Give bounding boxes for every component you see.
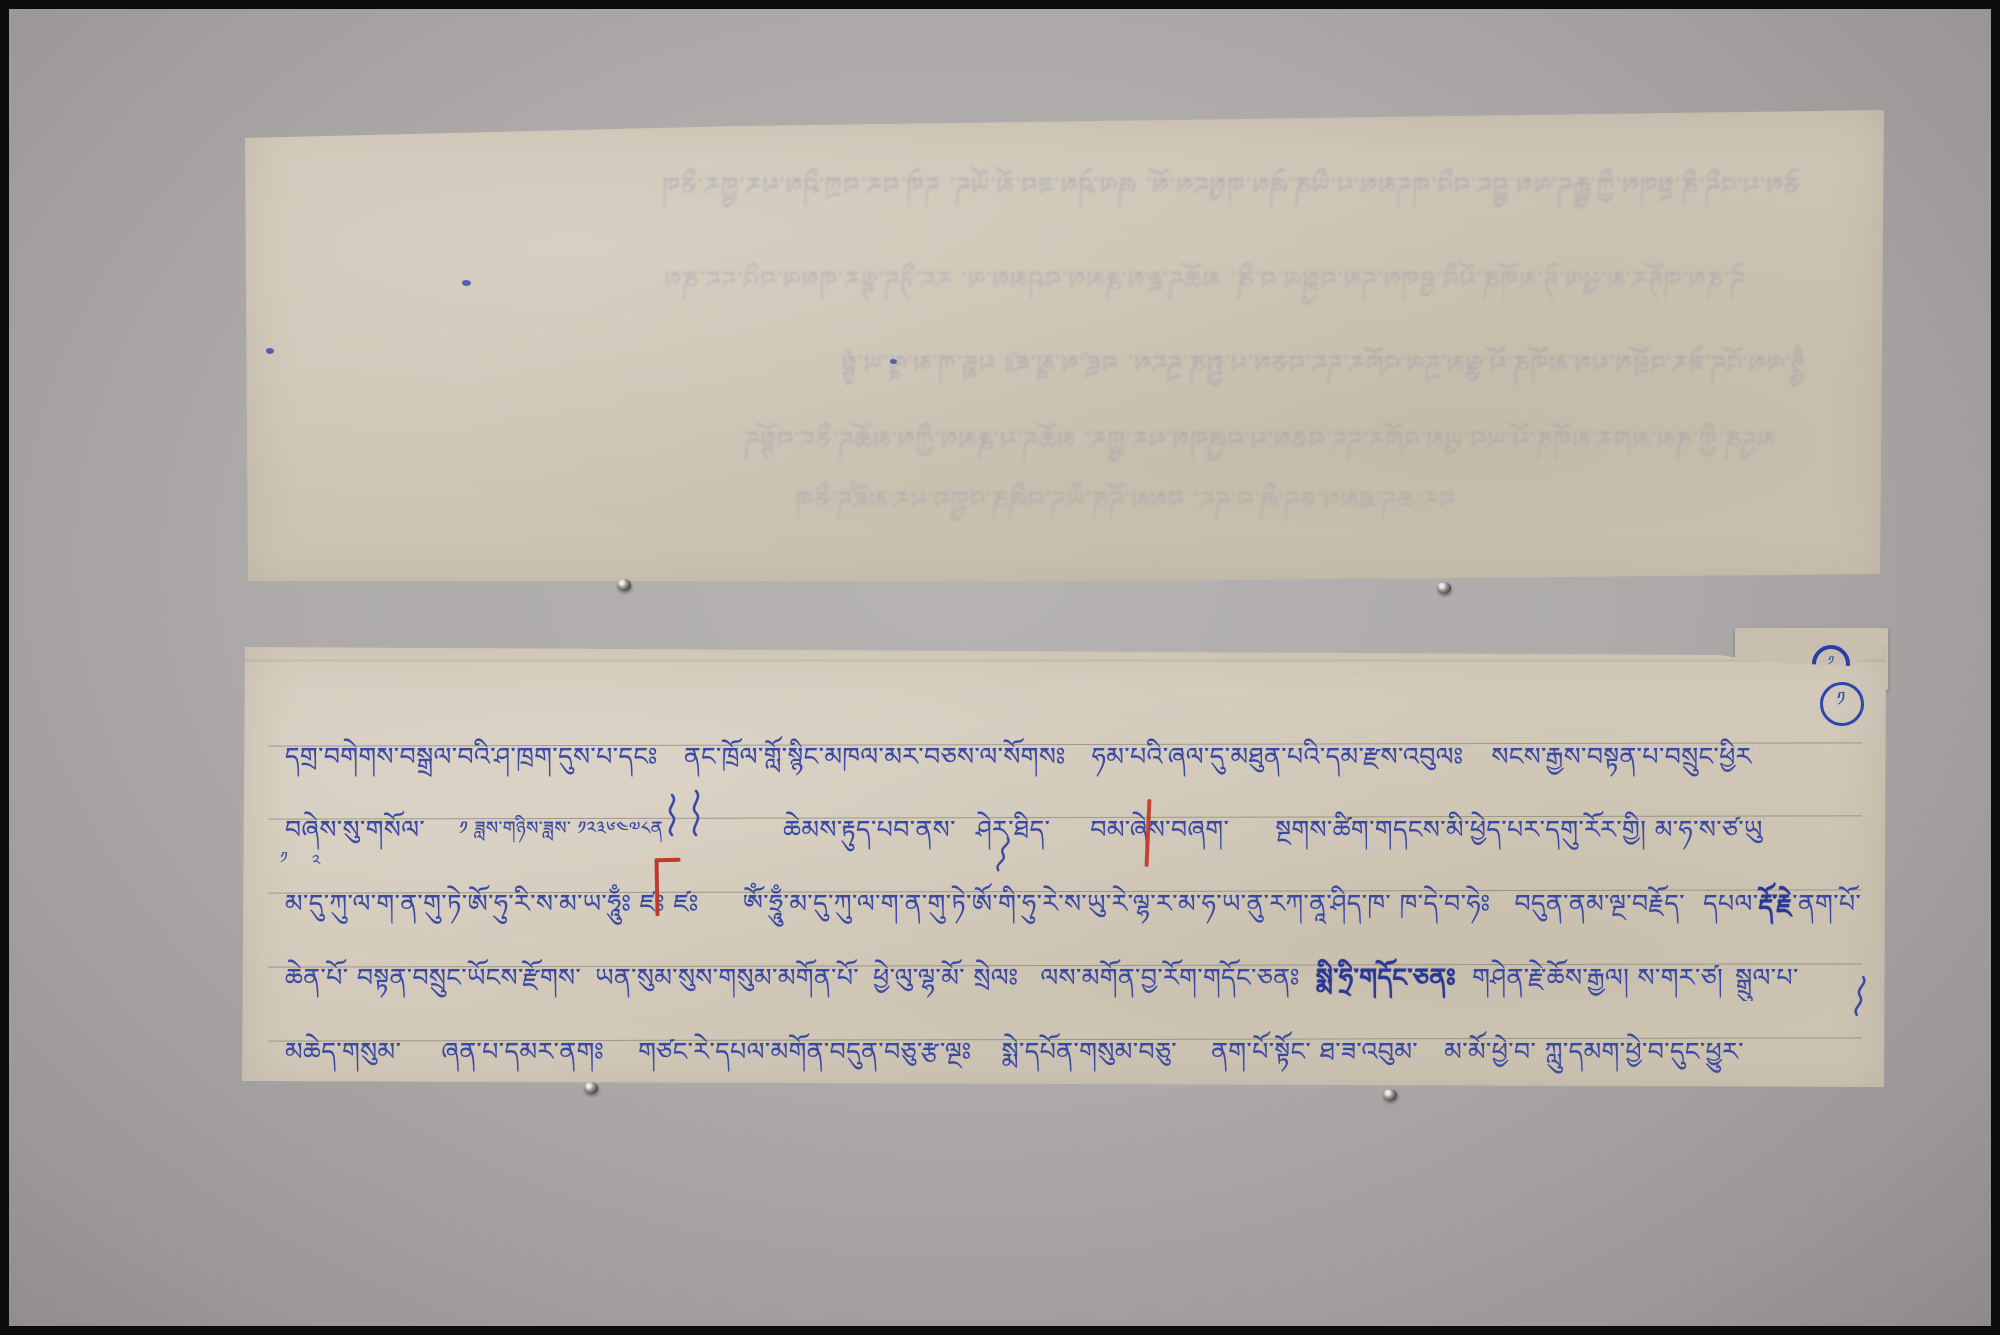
flourish-mark <box>664 793 680 837</box>
subline-numeral: ༢ <box>312 843 320 888</box>
bottom-folio: དགྲ་བགེགས་བསྒྲལ་བའི་ཤ་ཁྲག་དུས་པ་དངཿནང་ཁྲ… <box>240 635 1890 1095</box>
fold-shade <box>240 659 1890 662</box>
tibetan-text-line: བཞེས་སུ་གསོལ་༡ ཟླས་གཉིས་ཟླས་ ༡༢༣༦༤༧༨ནཆེམ… <box>285 801 1763 853</box>
red-bracket-stem <box>654 858 659 916</box>
page-number-circle: ༡ <box>1817 679 1867 729</box>
tibetan-text-segment: གཙང་རེ་དཔལ་མགོན་བདུན་བཅུ་རྩ་ལྔཿ <box>638 1023 971 1075</box>
tibetan-text-segment: གཤེན་རྗེ་ཆོས་རྒྱལ། ས་གར་ཙ། <box>1472 949 1723 1001</box>
faint-text-line: ཧཱུྃ་ལས་འོད་ཟེར་འཕྲོས་པས་མགོན་པོ་ལྕམ་དྲལ… <box>265 336 1805 407</box>
tibetan-text-segment: མ་མོ་ཕྱེ་བ་ ཀླུ་དམག་ཕྱེ་བ་དུང་ཕྱུར་ སྤྲུ… <box>1444 1023 1753 1075</box>
tibetan-text-segment: མཆེད་གསུམ་ <box>285 1023 401 1075</box>
page-number-text: ༡ <box>1834 677 1851 732</box>
tibetan-text-segment: ཆེན་པོ་ བསྟན་བསྲུང་ཡོངས་རྫོགས་ <box>285 949 581 1001</box>
tibetan-text-segment: སྒྲུལ་པ་ <box>1735 949 1799 1001</box>
pin <box>1437 582 1451 594</box>
tibetan-text-segment: རྡོ་རྗེ <box>1758 875 1792 927</box>
tibetan-text-segment: བམ་ཞེས་བཞག་ <box>1090 801 1229 853</box>
tibetan-text-segment: སྔགས་ཚིག་གདངས་མི་ཕྱེད་པར་དགུ་རོར་གྱི། མ་… <box>1275 801 1763 853</box>
tibetan-text-segment: བདུན་ནམ་ལྔ་བརྗོད་ <box>1515 875 1686 927</box>
tibetan-text-segment: ཞན་པ་དམར་ནགཿ <box>441 1023 604 1075</box>
ink-blob <box>462 280 471 286</box>
pin <box>584 1082 598 1094</box>
tibetan-text-segment: མ་དུ་ཀུ་ལ་ག་ན་གུ་ཏེ་ཨོ་ཧུ་རི་ས་མ་ཡ་ཧཱུྃཿ… <box>285 875 699 927</box>
photograph-stage: ཅེས་པ་འདི་ནི་སྔགས་ཀྱི་རྒྱུད་ལས་བྱུང་བའི་… <box>0 0 2000 1335</box>
red-bracket-arm <box>654 858 680 862</box>
tibetan-text-line: དགྲ་བགེགས་བསྒྲལ་བའི་ཤ་ཁྲག་དུས་པ་དངཿནང་ཁྲ… <box>285 728 1753 780</box>
tibetan-text-segment: སྨི་ཧྲི་གདོང་ཅནཿ <box>1316 949 1456 1001</box>
tibetan-text-segment: སྨེ་དཔོན་གསུམ་བཅུ་ <box>1002 1023 1178 1075</box>
tibetan-text-segment: ༡ ཟླས་གཉིས་ཟླས་ ༡༢༣༦༤༧༨ན <box>459 809 663 853</box>
faint-text-line: དེ་ནས་གཏོར་མ་ཕུལ་ཏེ་མགོན་པོའི་ཐུགས་དམ་བས… <box>295 252 1745 323</box>
tibetan-text-segment: ཧམ་པའི་ཞལ་དུ་མཐུན་པའི་དམ་རྫས་འབུལཿ <box>1092 728 1464 780</box>
flourish-mark <box>688 789 704 837</box>
tibetan-text-segment: ཡན་སུམ་སུས་གསུམ་མགོན་པོ་ <box>595 949 859 1001</box>
tibetan-text-line: ཆེན་པོ་ བསྟན་བསྲུང་ཡོངས་རྫོགས་ཡན་སུམ་སུས… <box>285 949 1887 1001</box>
tibetan-text-segment: ཕྱེ་ལུ་ལྷ་མོ་ སྲེལཿ <box>873 949 1018 1001</box>
tibetan-text-segment: དཔལ་ <box>1703 875 1758 927</box>
tibetan-text-segment: ནག་པོ་སྟོང་ ཐ་ཟ་འབུམ་ <box>1211 1023 1418 1075</box>
tibetan-text-line: མཆེད་གསུམ་ཞན་པ་དམར་ནགཿགཙང་རེ་དཔལ་མགོན་བད… <box>285 1023 1753 1075</box>
tibetan-text-segment: ལས་མགོན་བྱ་རོག་གདོང་ཅནཿ <box>1041 949 1300 1001</box>
red-insertion-bracket <box>654 858 681 916</box>
tibetan-text-segment: ནང་ཁྲོལ་གློ་སྙིང་མཁལ་མར་བཅས་ལ་སོགསཿ <box>684 728 1066 780</box>
tibetan-text-segment: བཞེས་སུ་གསོལ་ <box>285 801 425 853</box>
tibetan-text-segment: ་ནག་པོ་ <box>1792 875 1861 927</box>
tibetan-text-segment: དགྲ་བགེགས་བསྒྲལ་བའི་ཤ་ཁྲག་དུས་པ་དངཿ <box>285 728 658 780</box>
pin <box>617 579 631 591</box>
faint-text-line: བར་ཆད་ཐམས་ཅད་ཞི་བ་དང་ བསམ་དོན་ཡིད་བཞིན་འ… <box>295 472 1455 543</box>
top-folio: ཅེས་པ་འདི་ནི་སྔགས་ཀྱི་རྒྱུད་ལས་བྱུང་བའི་… <box>240 100 1890 592</box>
tibetan-text-line: མ་དུ་ཀུ་ལ་ག་ན་གུ་ཏེ་ཨོ་ཧུ་རི་ས་མ་ཡ་ཧཱུྃཿ… <box>285 875 1885 927</box>
tibetan-text-segment: ཨོཾ་ཧྲཱུྃ་མ་དུ་ཀུ་ལ་ག་ན་གུ་ཏེ་ཨོ་གི་ཧུ་ར… <box>743 875 1491 927</box>
ink-blob <box>266 348 274 354</box>
ink-blob <box>890 359 897 364</box>
tibetan-text-segment: ཆེམས་རྟུད་པབ་ནས་ <box>783 801 956 853</box>
pin <box>1383 1089 1397 1101</box>
faint-text-line: ཅེས་པ་འདི་ནི་སྔགས་ཀྱི་རྒྱུད་ལས་བྱུང་བའི་… <box>300 158 1800 229</box>
subline-numeral: ༡ <box>280 840 288 885</box>
tibetan-text-segment: སངས་རྒྱས་བསྟན་པ་བསྲུང་ཕྱིར་ <box>1491 728 1753 780</box>
page-edge-shadow <box>240 587 1890 590</box>
